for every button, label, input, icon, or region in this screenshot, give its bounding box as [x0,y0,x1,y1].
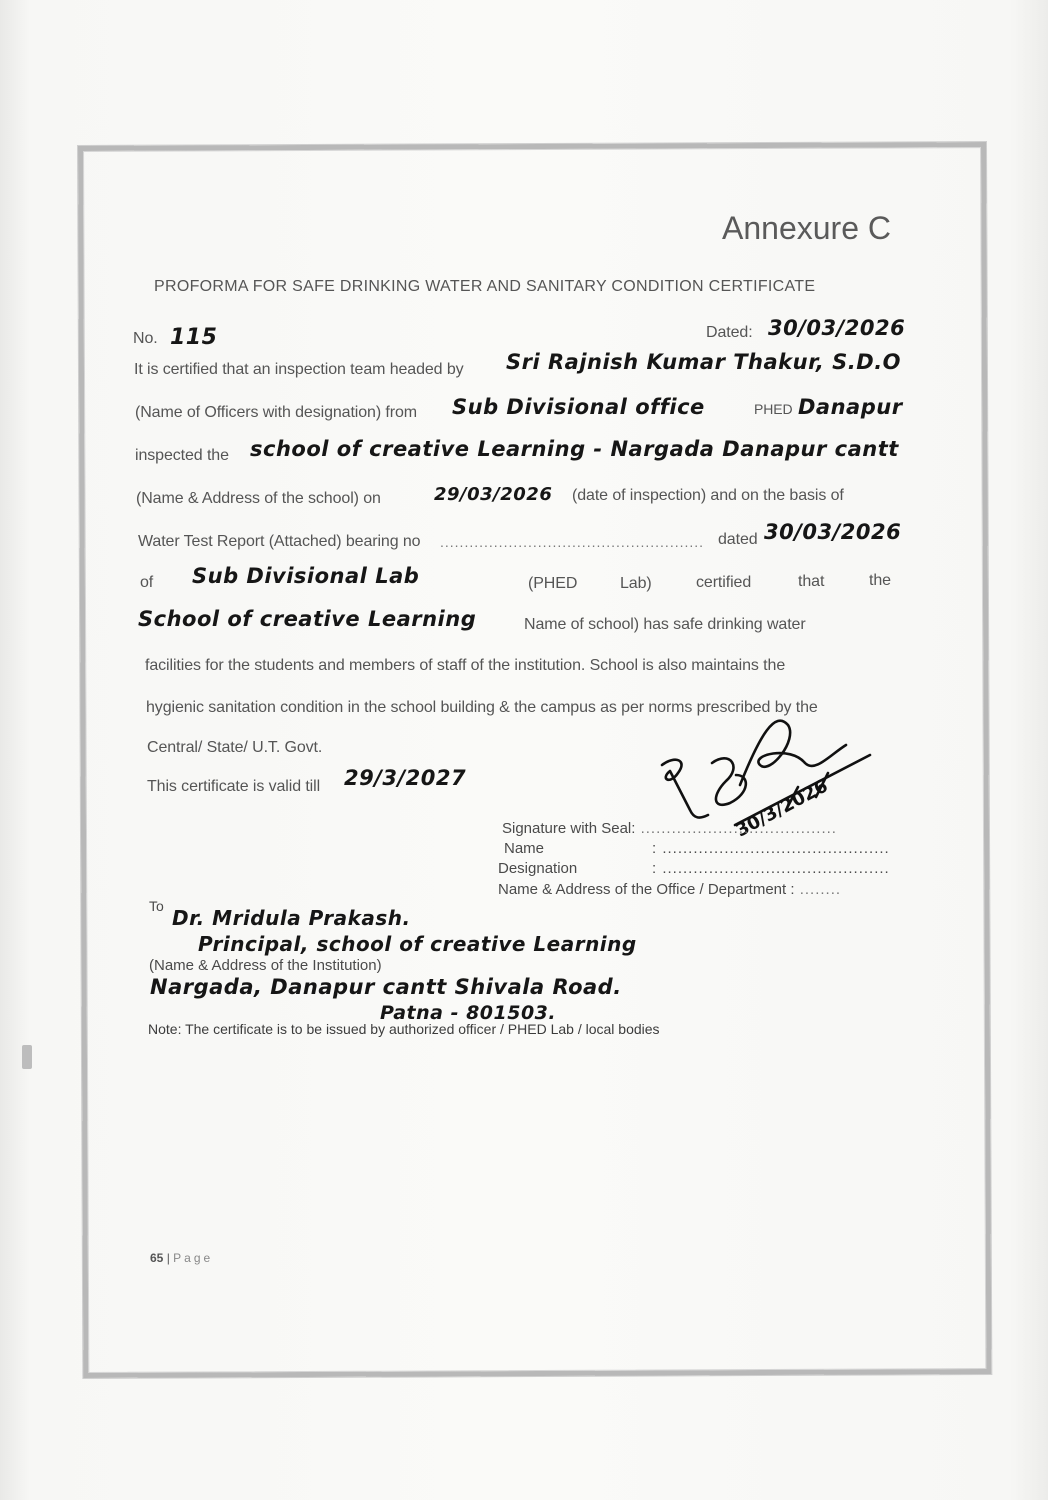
institution-address-label: (Name & Address of the Institution) [149,957,382,974]
certificate-title: PROFORMA FOR SAFE DRINKING WATER AND SAN… [154,278,815,296]
number-label: No. [133,330,158,348]
line6-certified: certified [696,574,751,592]
recipient-name: Dr. Mridula Prakash. [172,906,411,930]
officer-location: Danapur [798,395,903,419]
line6-that: that [798,573,824,591]
name-label: Name [504,840,544,857]
issuance-note: Note: The certificate is to be issued by… [148,1021,660,1037]
dated-label: Dated: [706,324,753,342]
line2-text: (Name of Officers with designation) from [135,404,417,422]
office-label: Name & Address of the Office / Departmen… [498,881,841,898]
binding-mark [22,1045,32,1069]
line6-the: the [869,572,891,590]
line8-text: facilities for the students and members … [145,657,785,675]
inspection-head-officer: Sri Rajnish Kumar Thakur, S.D.O [506,350,901,374]
line10-text: Central/ State/ U.T. Govt. [147,739,322,757]
phed-label: PHED [754,401,793,417]
line6-of: of [140,574,153,592]
dated-value: 30/03/2026 [768,316,905,340]
line4-text: (Name & Address of the school) on [136,490,381,508]
inspection-date: 29/03/2026 [434,484,552,505]
report-date: 30/03/2026 [764,520,901,544]
signature-seal-label: Signature with Seal: ...................… [502,820,837,837]
line7-text: Name of school) has safe drinking water [524,616,806,634]
officer-office: Sub Divisional office [452,395,705,419]
designation-blank: : ......................................… [652,860,890,877]
school-name-address: school of creative Learning - Nargada Da… [250,437,899,461]
certificate-number: 115 [170,325,217,350]
name-blank: : ......................................… [652,840,890,857]
line3-text: inspected the [135,447,229,465]
lab-name: Sub Divisional Lab [192,564,419,588]
report-number-blank: ........................................… [440,534,704,550]
recipient-designation: Principal, school of creative Learning [198,932,637,956]
institution-address-line1: Nargada, Danapur cantt Shivala Road. [150,975,622,999]
annexure-heading: Annexure C [722,210,891,247]
school-name: School of creative Learning [138,607,476,631]
designation-label: Designation [498,860,577,877]
to-label: To [149,898,164,914]
phed-lab-open: (PHED [528,575,577,593]
line5-text: Water Test Report (Attached) bearing no [138,533,420,551]
line5-dated-label: dated [718,531,758,549]
line4-text-b: (date of inspection) and on the basis of [572,487,844,505]
valid-till-label: This certificate is valid till [147,778,320,796]
phed-lab-close: Lab) [620,575,652,593]
page-number: 65 | Page [150,1251,213,1265]
line1-text: It is certified that an inspection team … [134,361,464,379]
valid-till-date: 29/3/2027 [344,766,466,790]
